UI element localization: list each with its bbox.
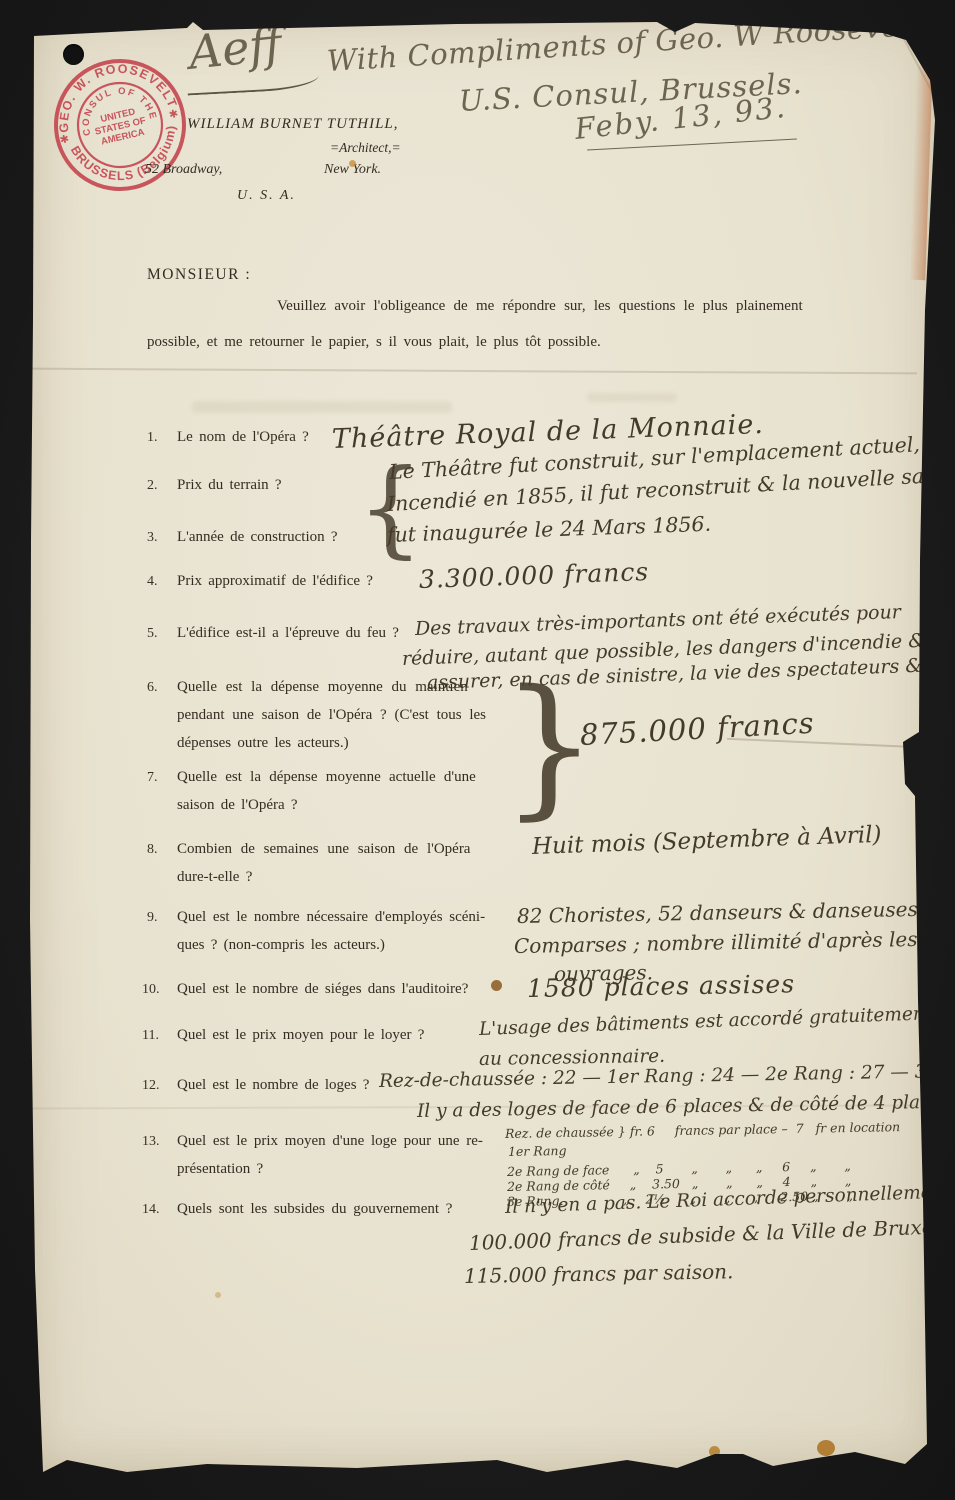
letterhead-city: New York. — [324, 162, 381, 178]
question-2-text: Prix du terrain ? — [177, 477, 282, 494]
question-14-number: 14. — [142, 1202, 160, 1218]
question-1-text: Le nom de l'Opéra ? — [177, 429, 309, 446]
question-11-number: 11. — [142, 1028, 159, 1044]
question-13-line2: présentation ? — [177, 1161, 263, 1178]
answer-9-line1: 82 Choristes, 52 danseurs & danseuses, — [517, 897, 925, 928]
stain-foxing-left — [215, 1292, 221, 1298]
stain-bottom-large — [817, 1440, 835, 1456]
question-7-number: 7. — [147, 770, 158, 786]
answer-6-7: 875.000 francs — [579, 706, 815, 752]
question-13-number: 13. — [142, 1134, 160, 1150]
question-12-number: 12. — [142, 1078, 160, 1094]
answer-14-line2: 100.000 francs de subside & la Ville de … — [469, 1214, 955, 1255]
question-6-line2: pendant une saison de l'Opéra ? (C'est t… — [177, 707, 486, 724]
question-6-line1: Quelle est la dépense moyenne du maintie… — [177, 679, 468, 696]
paper: GEO. W. ROOSEVELT BRUSSELS (Belgium) CON… — [27, 20, 939, 1482]
question-10-text: Quel est le nombre de siéges dans l'audi… — [177, 981, 468, 998]
question-9-line1: Quel est le nombre nécessaire d'employés… — [177, 909, 485, 926]
answer-13-row2: 1er Rang — [508, 1143, 567, 1159]
stain-right-edge-streak — [909, 65, 932, 280]
answer-10: 1580 places assises — [527, 969, 796, 1003]
letterhead-name: WILLIAM BURNET TUTHILL, — [187, 116, 399, 133]
question-7-line1: Quelle est la dépense moyenne actuelle d… — [177, 769, 476, 786]
question-4-text: Prix approximatif de l'édifice ? — [177, 573, 373, 590]
question-7-line2: saison de l'Opéra ? — [177, 797, 298, 814]
question-8-number: 8. — [147, 842, 158, 858]
question-13-line1: Quel est le prix moyen d'une loge pour u… — [177, 1133, 483, 1150]
question-1-number: 1. — [147, 430, 158, 446]
stamp-star-left-icon: ✱ — [59, 133, 71, 147]
question-14-text: Quels sont les subsides du gouvernement … — [177, 1201, 452, 1218]
question-12-text: Quel est le nombre de loges ? — [177, 1077, 369, 1094]
intro-line1: Veuillez avoir l'obligeance de me répond… — [277, 298, 803, 315]
question-2-number: 2. — [147, 478, 158, 494]
letterhead-country: U. S. A. — [237, 188, 296, 204]
corner-fold-crease — [901, 35, 943, 112]
fold-crease-top — [31, 368, 917, 375]
consular-stamp-seal: GEO. W. ROOSEVELT BRUSSELS (Belgium) CON… — [35, 40, 205, 210]
question-9-line2: ques ? (non-compris les acteurs.) — [177, 937, 385, 954]
stamp-star-right-icon: ✱ — [168, 108, 180, 122]
consular-stamp: GEO. W. ROOSEVELT BRUSSELS (Belgium) CON… — [35, 40, 205, 210]
question-8-line2: dure-t-elle ? — [177, 869, 252, 886]
answer-12-line1: Rez-de-chaussée : 22 — 1er Rang : 24 — 2… — [379, 1060, 955, 1092]
question-10-number: 10. — [142, 982, 160, 998]
question-5-text: L'édifice est-il a l'épreuve du feu ? — [177, 625, 399, 642]
scanned-document-page: { "annotations": { "corner_mark": "Aeff"… — [0, 0, 955, 1500]
answer-9-line2: Comparses ; nombre illimité d'après les — [514, 927, 918, 958]
answer-12-line2: Il y a des loges de face de 6 places & d… — [417, 1092, 951, 1122]
ghost-stamp-smudge-2 — [587, 393, 677, 402]
answer-14-line3: 115.000 francs par saison. — [464, 1259, 734, 1288]
question-3-number: 3. — [147, 530, 158, 546]
letterhead-street: 52 Broadway, — [145, 162, 222, 178]
question-6-number: 6. — [147, 680, 158, 696]
question-8-line1: Combien de semaines une saison de l'Opér… — [177, 841, 470, 858]
answer-2-3-line3: fut inaugurée le 24 Mars 1856. — [387, 512, 712, 547]
salutation: MONSIEUR : — [147, 266, 251, 284]
question-9-number: 9. — [147, 910, 158, 926]
answer-13-row1: Rez. de chaussée } fr. 6 francs par plac… — [505, 1119, 900, 1141]
compliments-line1: With Compliments of Geo. W Roosevelt — [326, 8, 922, 78]
ghost-stamp-smudge — [192, 401, 452, 413]
question-5-number: 5. — [147, 626, 158, 642]
stain-q10-dot — [491, 980, 502, 991]
answer-11-line1: L'usage des bâtiments est accordé gratui… — [479, 1003, 933, 1040]
answer-4: 3.300.000 francs — [418, 557, 649, 594]
stain-bottom-small — [709, 1446, 720, 1457]
question-11-text: Quel est le prix moyen pour le loyer ? — [177, 1027, 424, 1044]
question-3-text: L'année de construction ? — [177, 529, 338, 546]
intro-line2: possible, et me retourner le papier, s i… — [147, 334, 601, 351]
question-6-line3: dépenses outre les acteurs.) — [177, 735, 349, 752]
question-4-number: 4. — [147, 574, 158, 590]
letterhead-title: =Architect,= — [330, 140, 401, 156]
